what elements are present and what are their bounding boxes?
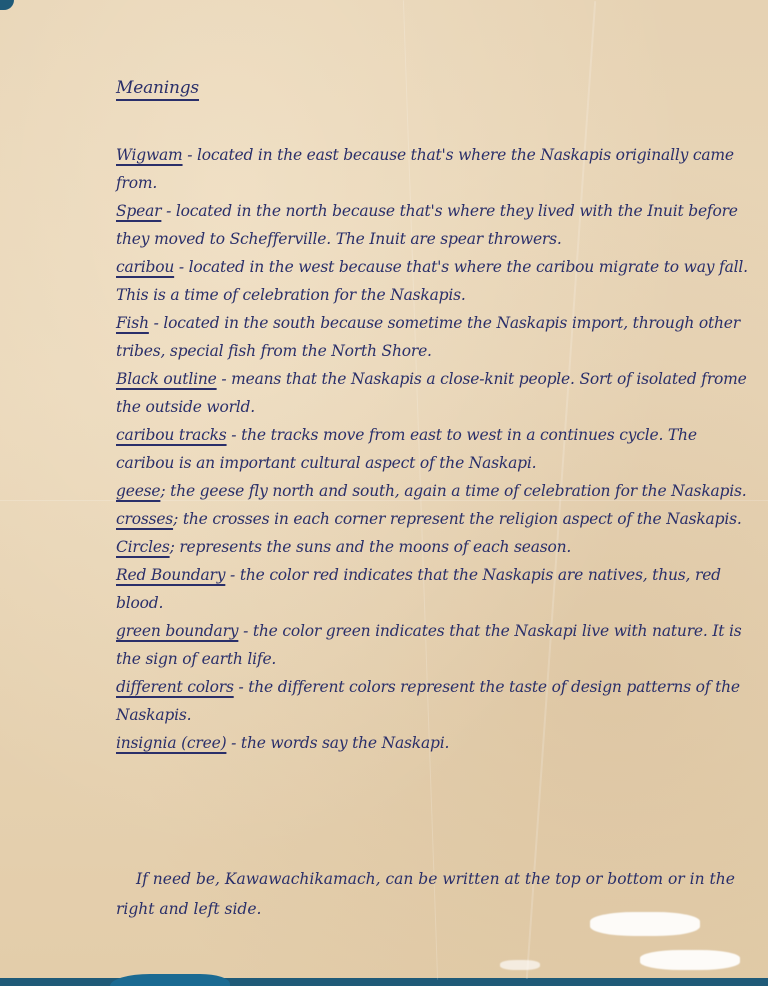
entry-term: Red Boundary [116, 566, 225, 584]
entry-text: located in the south because sometime th… [116, 314, 740, 360]
list-item: Black outline - means that the Naskapis … [116, 365, 756, 421]
list-item: geese; the geese fly north and south, ag… [116, 477, 756, 505]
entry-term: geese [116, 482, 160, 500]
entry-term: Black outline [116, 370, 217, 388]
handwritten-paper-sheet: Meanings Wigwam - located in the east be… [0, 0, 768, 978]
entry-text: the words say the Naskapi. [241, 734, 449, 752]
list-item: caribou tracks - the tracks move from ea… [116, 421, 756, 477]
entry-term: caribou [116, 258, 174, 276]
list-item: Circles; represents the suns and the moo… [116, 533, 756, 561]
entry-term: green boundary [116, 622, 238, 640]
list-item: green boundary - the color green indicat… [116, 617, 756, 673]
list-item: Wigwam - located in the east because tha… [116, 141, 756, 197]
white-paint-smudge [500, 960, 540, 970]
list-item: Red Boundary - the color red indicates t… [116, 561, 756, 617]
entry-term: caribou tracks [116, 426, 227, 444]
entry-term: Circles [116, 538, 170, 556]
entry-text: the crosses in each corner represent the… [183, 510, 742, 528]
list-item: Spear - located in the north because tha… [116, 197, 756, 253]
entry-term: crosses [116, 510, 173, 528]
entry-term: Fish [116, 314, 149, 332]
entry-text: represents the suns and the moons of eac… [179, 538, 571, 556]
entry-term: different colors [116, 678, 234, 696]
entry-text: located in the north because that's wher… [116, 202, 738, 248]
torn-paper-edge [110, 974, 230, 986]
closing-note: If need be, Kawawachikamach, can be writ… [116, 864, 761, 924]
entry-text: the geese fly north and south, again a t… [170, 482, 746, 500]
entry-term: insignia (cree) [116, 734, 226, 752]
list-item: Fish - located in the south because some… [116, 309, 756, 365]
entry-term: Spear [116, 202, 161, 220]
entry-term: Wigwam [116, 146, 183, 164]
meanings-list: Meanings Wigwam - located in the east be… [116, 78, 756, 757]
page-title: Meanings [116, 78, 199, 101]
list-item: caribou - located in the west because th… [116, 253, 756, 309]
list-item: insignia (cree) - the words say the Nask… [116, 729, 756, 757]
list-item: different colors - the different colors … [116, 673, 756, 729]
list-item: crosses; the crosses in each corner repr… [116, 505, 756, 533]
entry-text: located in the west because that's where… [116, 258, 748, 304]
entry-text: located in the east because that's where… [116, 146, 734, 192]
white-paint-smudge [640, 950, 740, 970]
